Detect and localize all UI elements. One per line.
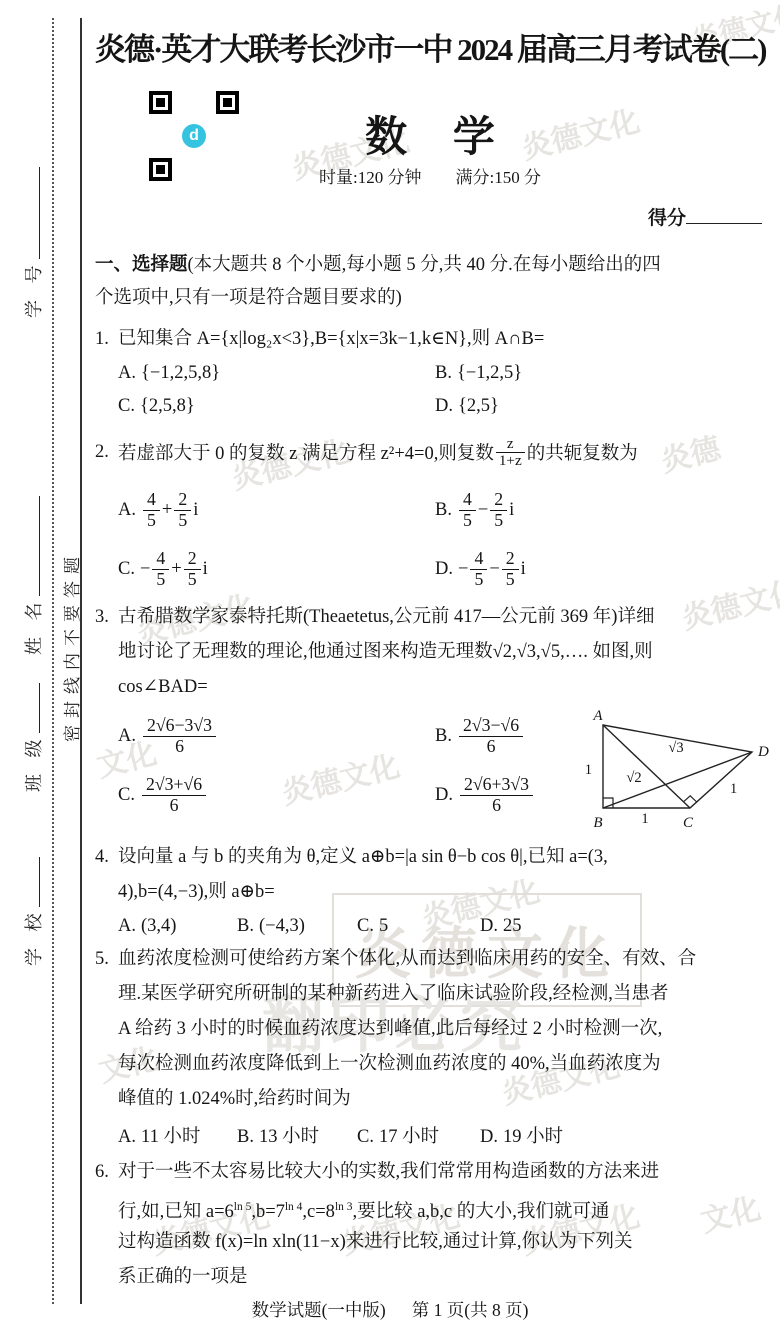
- option-a: A.2√6−3√36: [118, 711, 435, 761]
- option-c: C.2√3+√66: [118, 770, 435, 820]
- option-a: A.11 小时: [118, 1121, 237, 1154]
- class-label: 班 级: [24, 734, 44, 793]
- question-stem: 对于一些不太容易比较大小的实数,我们常常用构造函数的方法来进: [118, 1162, 659, 1182]
- section-desc-2: 个选项中,只有一项是符合题目要求的): [95, 281, 765, 316]
- vertex-label-b: B: [593, 815, 602, 831]
- sidebar-field-name: 姓 名: [20, 497, 46, 656]
- name-label: 姓 名: [24, 597, 44, 656]
- option-d: D.{2,5}: [435, 390, 767, 423]
- page-title: 炎德·英才大联考长沙市一中 2024 届高三月考试卷(二): [95, 24, 755, 69]
- question-stem: 若虚部大于 0 的复数 z 满足方程 z²+4=0,则复数: [118, 439, 494, 465]
- question-stem: 古希腊数学家泰特托斯(Theaetetus,公元前 417—公元前 369 年)…: [118, 607, 654, 627]
- duration-label: 时量:120 分钟: [319, 168, 421, 187]
- option-d: D.−45−25i: [435, 544, 767, 594]
- qr-finder-icon: [149, 91, 172, 114]
- seal-notice-text: 密封线内不要答题: [58, 550, 83, 742]
- diag-label-ac: √2: [626, 770, 641, 786]
- footer-page-number: 第 1 页(共 8 页): [412, 1300, 529, 1320]
- question-stem: 设向量 a 与 b 的夹角为 θ,定义 a⊕b=|a sin θ−b cos θ…: [118, 847, 608, 867]
- qr-code: d: [148, 90, 240, 182]
- question-5: 5.血药浓度检测可使给药方案个体化,从而达到临床用药的安全、有效、合 理.某医学…: [95, 942, 767, 1154]
- exam-paper-page: 炎德文化炎德文化炎德文化炎德文化炎德炎德文化炎德文化文化炎德文化炎德文化文化炎德…: [0, 0, 780, 1344]
- option-d: D.25: [480, 910, 767, 943]
- question-number: 6.: [95, 1155, 118, 1190]
- option-c: C.5: [357, 910, 480, 943]
- side-label-ab: 1: [585, 762, 592, 778]
- option-d: D.19 小时: [480, 1121, 767, 1154]
- side-label-bc: 1: [641, 811, 648, 827]
- question-number: 1.: [95, 322, 118, 357]
- seal-dotted-line: [52, 18, 54, 1304]
- vertex-label-c: C: [683, 815, 694, 831]
- section-choice-heading: 一、选择题(本大题共 8 个小题,每小题 5 分,共 40 分.在每小题给出的四…: [95, 246, 765, 316]
- sidebar-field-student-id: 学 号: [20, 168, 46, 319]
- question-number: 3.: [95, 600, 118, 635]
- class-blank: [20, 684, 40, 734]
- option-b: B.13 小时: [237, 1121, 357, 1154]
- score-field: 得分: [648, 203, 762, 230]
- score-label: 得分: [648, 208, 686, 229]
- name-blank: [20, 497, 40, 597]
- qr-finder-icon: [149, 158, 172, 181]
- option-a: A.45+25i: [118, 485, 435, 535]
- geometry-figure: A B C D 1 1 1 √2 √3: [578, 690, 778, 835]
- subject-title: 数 学: [280, 104, 580, 164]
- option-c: C.{2,5,8}: [118, 390, 435, 423]
- question-number: 2.: [95, 442, 118, 463]
- question-4: 4.设向量 a 与 b 的夹角为 θ,定义 a⊕b=|a sin θ−b cos…: [95, 840, 767, 943]
- section-title: 一、选择题: [95, 253, 188, 274]
- qr-finder-icon: [216, 91, 239, 114]
- footer-doc-label: 数学试题(一中版): [252, 1300, 386, 1320]
- side-label-cd: 1: [730, 781, 737, 797]
- question-number: 4.: [95, 840, 118, 875]
- option-b: B.{−1,2,5}: [435, 357, 767, 390]
- diag-label-ad: √3: [668, 740, 683, 756]
- sidebar-field-school: 学 校: [20, 858, 46, 967]
- fullmark-label: 满分:150 分: [456, 168, 541, 187]
- inline-fraction: z1+z: [496, 436, 525, 469]
- question-6: 6.对于一些不太容易比较大小的实数,我们常常用构造函数的方法来进 行,如,已知 …: [95, 1155, 767, 1295]
- score-blank: [686, 204, 762, 224]
- section-desc-1: (本大题共 8 个小题,每小题 5 分,共 40 分.在每小题给出的四: [188, 255, 661, 275]
- question-stem: 血药浓度检测可使给药方案个体化,从而达到临床用药的安全、有效、合: [118, 949, 696, 969]
- option-a: A.(3,4): [118, 910, 237, 943]
- question-number: 5.: [95, 942, 118, 977]
- exam-meta: 时量:120 分钟满分:150 分: [255, 163, 605, 188]
- option-c: C.17 小时: [357, 1121, 480, 1154]
- question-2: 2.若虚部大于 0 的复数 z 满足方程 z²+4=0,则复数z1+z的共轭复数…: [95, 428, 767, 594]
- question-stem: 已知集合 A={x|log₂x<3},B={x|x=3k−1,k∈N},则 A∩…: [118, 329, 544, 349]
- vertex-label-d: D: [757, 744, 769, 760]
- option-b: B.45−25i: [435, 485, 767, 535]
- question-1: 1.已知集合 A={x|log₂x<3},B={x|x=3k−1,k∈N},则 …: [95, 322, 767, 423]
- student-id-blank: [20, 168, 40, 260]
- option-b: B.(−4,3): [237, 910, 357, 943]
- option-c: C.−45+25i: [118, 544, 435, 594]
- page-footer: 数学试题(一中版)第 1 页(共 8 页): [0, 1297, 780, 1322]
- vertex-label-a: A: [592, 708, 603, 724]
- right-angle-mark-c: [684, 796, 697, 802]
- sidebar-field-class: 班 级: [20, 684, 46, 793]
- school-label: 学 校: [24, 908, 44, 967]
- school-blank: [20, 858, 40, 908]
- student-id-label: 学 号: [24, 260, 44, 319]
- option-a: A.{−1,2,5,8}: [118, 357, 435, 390]
- qr-logo-icon: d: [178, 120, 210, 152]
